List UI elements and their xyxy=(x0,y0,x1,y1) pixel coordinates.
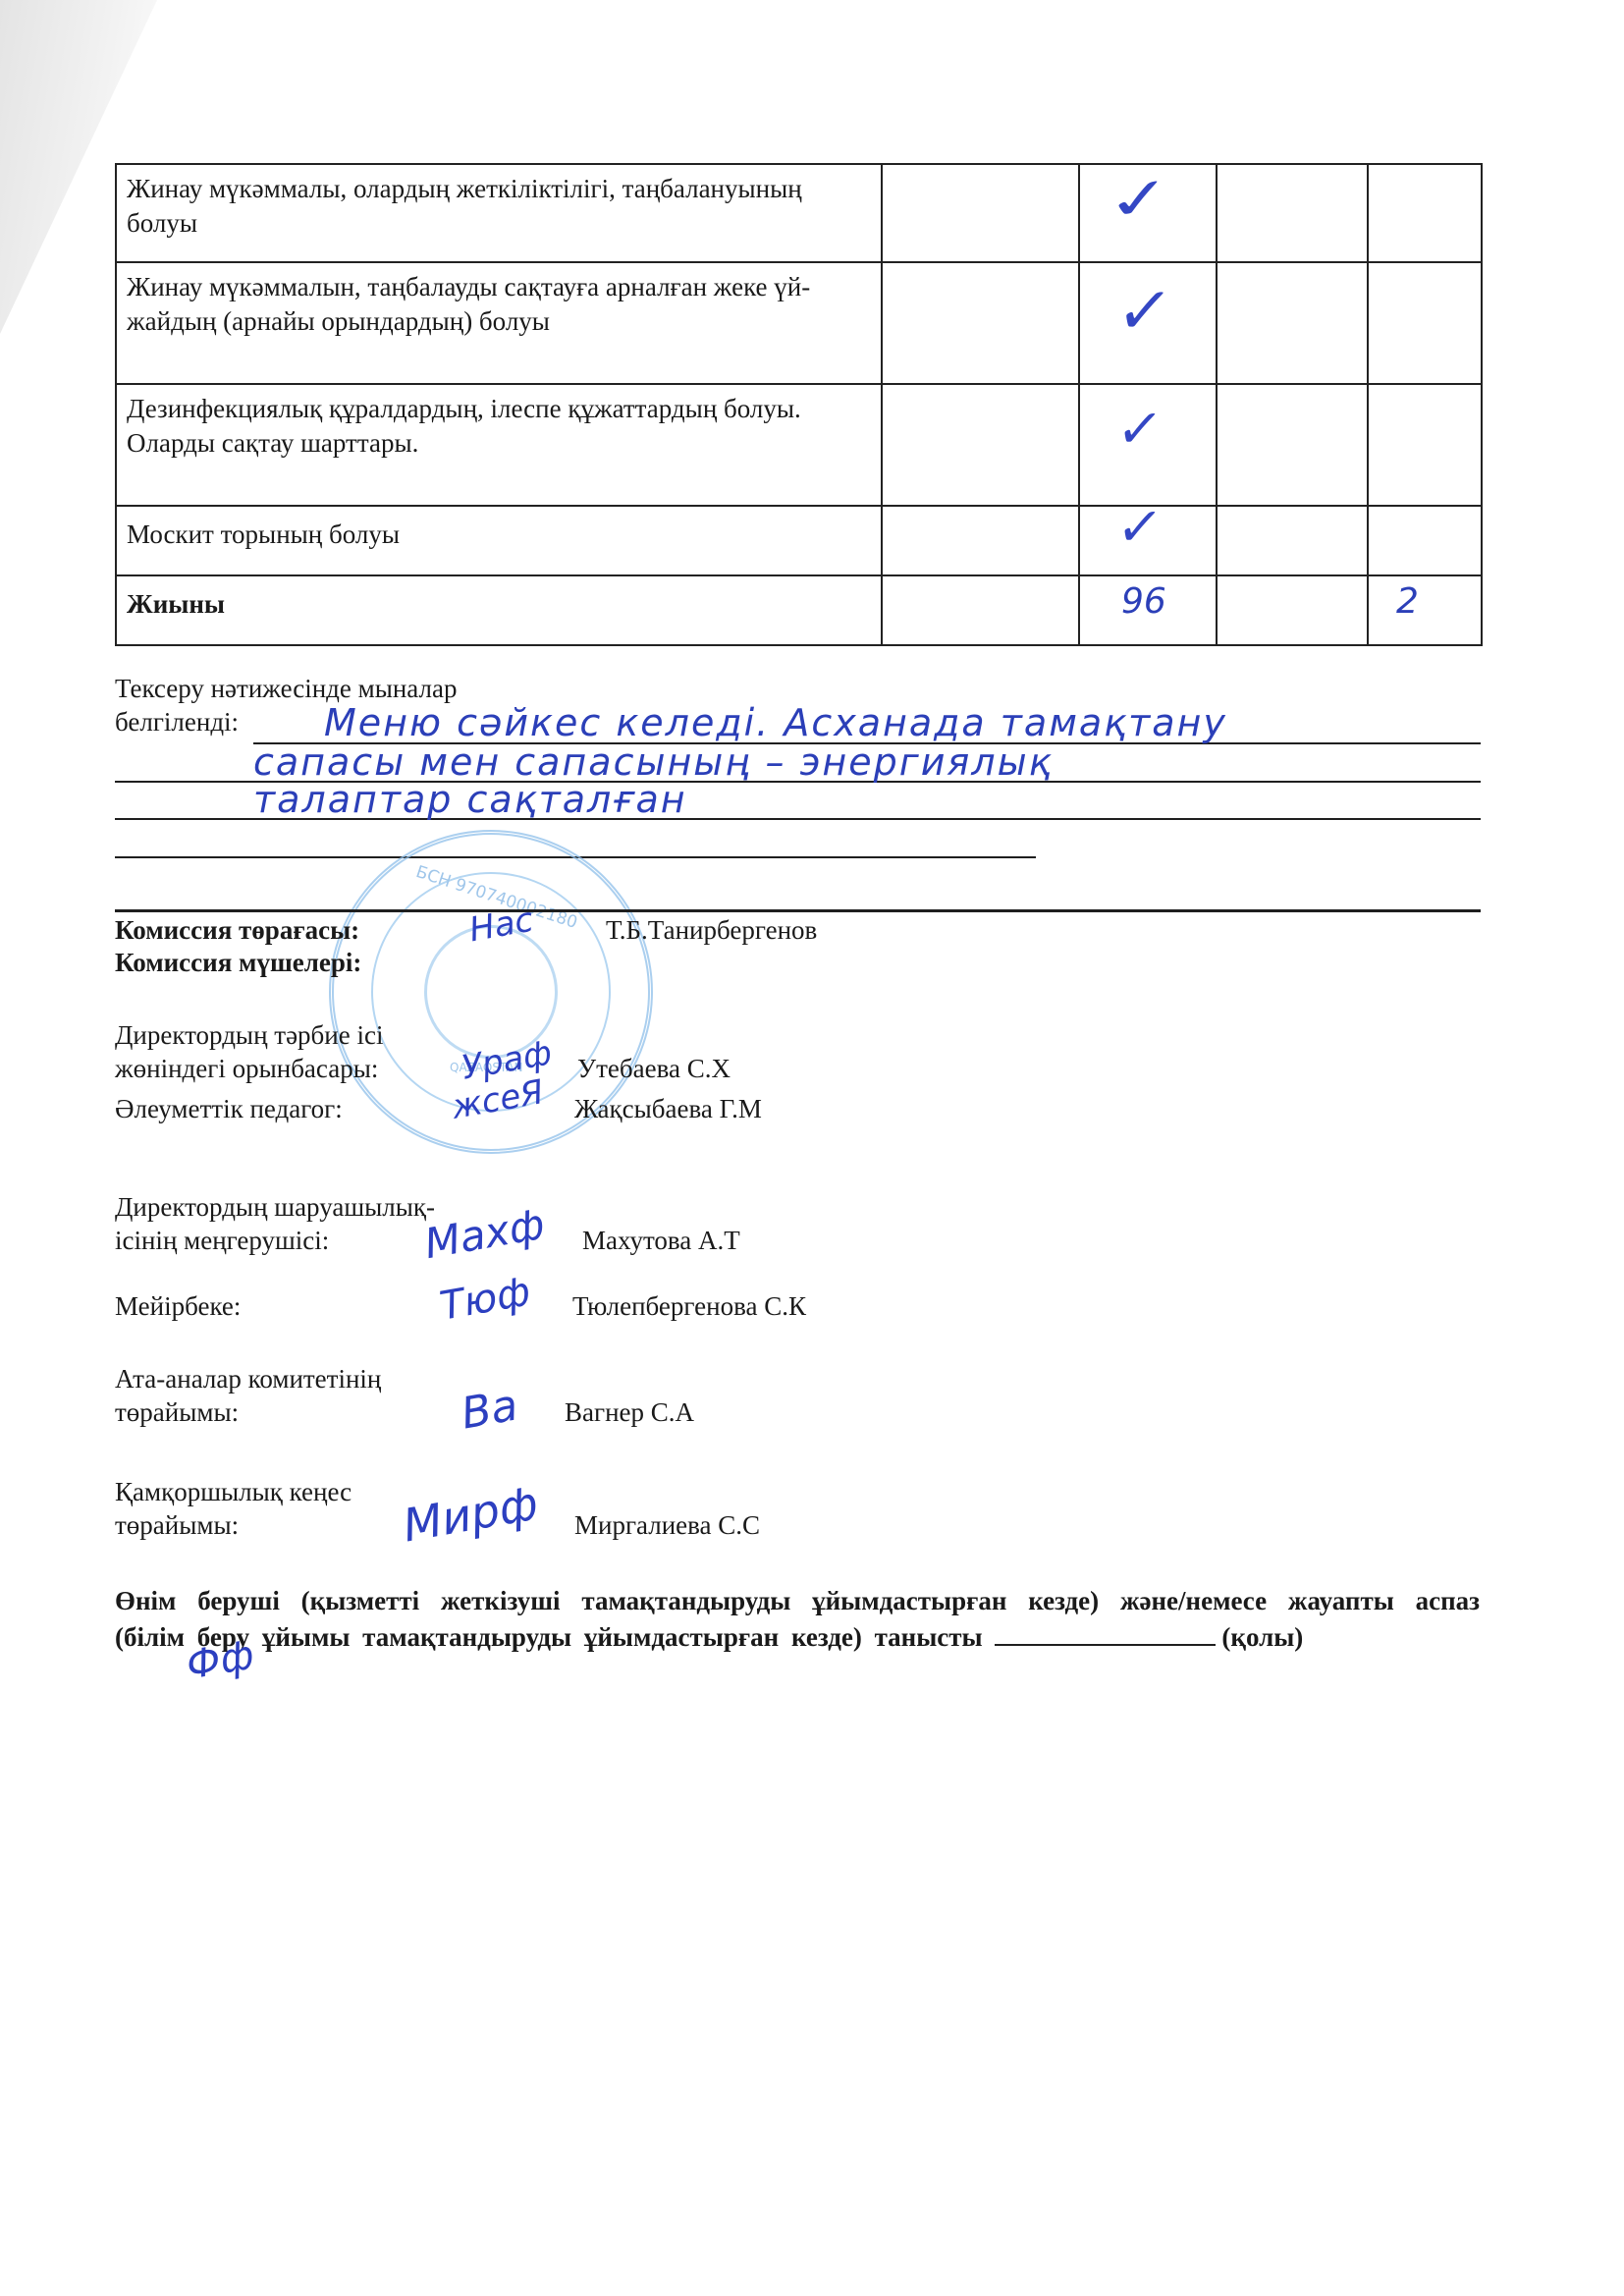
member-name: Вагнер С.А xyxy=(565,1395,694,1429)
empty-cell xyxy=(882,164,1079,262)
empty-cell xyxy=(1217,575,1368,645)
member-role: Мейірбеке: xyxy=(115,1289,241,1323)
member-role: Директордың тәрбие ісі жөніндегі орынбас… xyxy=(115,1018,383,1085)
empty-cell xyxy=(882,384,1079,506)
finding-handwritten-line: сапасы мен сапасының – энергиялық xyxy=(253,742,1054,782)
mark-cell: ✓ xyxy=(1079,506,1217,575)
checklist-table: Жинау мүкәммалы, олардың жеткіліктілігі,… xyxy=(115,163,1483,646)
criterion-cell: Москит торының болуы xyxy=(116,506,882,575)
member-name: Махутова А.Т xyxy=(582,1224,740,1257)
member-role: Әлеуметтік педагог: xyxy=(115,1092,343,1125)
table-row: Жинау мүкәммалы, олардың жеткіліктілігі,… xyxy=(116,164,1482,262)
empty-cell xyxy=(1368,384,1482,506)
empty-cell xyxy=(1217,506,1368,575)
member-role: Директордың шаруашылық- ісінің меңгеруші… xyxy=(115,1190,435,1257)
member-role-line1: Директордың тәрбие ісі xyxy=(115,1018,383,1052)
member-role-line1: Директордың шаруашылық- xyxy=(115,1190,435,1224)
member-role-line1: Ата-аналар комитетінің xyxy=(115,1362,381,1395)
criterion-cell: Жинау мүкәммалы, олардың жеткіліктілігі,… xyxy=(116,164,882,262)
table-row: Дезинфекциялық құралдардың, ілеспе құжат… xyxy=(116,384,1482,506)
checkmark-icon: ✓ xyxy=(1113,285,1175,338)
member-role-line2: ісінің меңгерушісі: xyxy=(115,1224,435,1257)
empty-cell xyxy=(1368,262,1482,384)
section-separator xyxy=(115,909,1481,912)
chair-name: Т.Б.Танирбергенов xyxy=(606,913,817,947)
acknowledgement-text: Өнім беруші (қызметті жеткізуші тамақтан… xyxy=(115,1584,1480,1655)
member-name: Миргалиева С.С xyxy=(574,1508,760,1542)
total-row: Жиыны 96 2 xyxy=(116,575,1482,645)
empty-cell xyxy=(882,506,1079,575)
member-name: Утебаева С.Х xyxy=(577,1052,731,1085)
member-signature: Мирф xyxy=(399,1476,541,1552)
member-signature: Ва xyxy=(458,1380,521,1439)
mark-cell: ✓ xyxy=(1079,262,1217,384)
empty-cell xyxy=(1217,262,1368,384)
member-signature: Махф xyxy=(421,1200,548,1269)
empty-cell xyxy=(882,262,1079,384)
member-role: Қамқоршылық кеңес төрайымы: xyxy=(115,1475,352,1542)
criterion-cell: Жинау мүкәммалын, таңбалауды сақтауға ар… xyxy=(116,262,882,384)
checkmark-icon: ✓ xyxy=(1113,501,1165,554)
criterion-cell: Дезинфекциялық құралдардың, ілеспе құжат… xyxy=(116,384,882,506)
total-score-cell: 96 xyxy=(1079,575,1217,645)
table-row: Жинау мүкәммалын, таңбалауды сақтауға ар… xyxy=(116,262,1482,384)
member-role-line2: жөніндегі орынбасары: xyxy=(115,1052,383,1085)
signature-line xyxy=(995,1618,1216,1646)
table-row: Москит торының болуы ✓ xyxy=(116,506,1482,575)
finding-handwritten-line: Меню сәйкес келеді. Асханада тамақтану xyxy=(324,703,1227,742)
total-score: 96 xyxy=(1121,582,1166,622)
checkmark-icon: ✓ xyxy=(1113,403,1165,456)
empty-cell xyxy=(1217,164,1368,262)
signature-suffix: (қолы) xyxy=(1221,1622,1303,1652)
member-role-line1: Қамқоршылық кеңес xyxy=(115,1475,352,1508)
member-signature: Тюф xyxy=(437,1269,534,1329)
chair-label: Комиссия төрағасы: xyxy=(115,913,359,947)
total-label: Жиыны xyxy=(116,575,882,645)
member-role: Ата-аналар комитетінің төрайымы: xyxy=(115,1362,381,1429)
checkmark-icon: ✓ xyxy=(1103,169,1176,231)
empty-cell xyxy=(1217,384,1368,506)
total-col4-value: 2 xyxy=(1396,582,1419,622)
finding-handwritten-line: талаптар сақталған xyxy=(253,780,687,819)
member-name: Тюлепбергенова С.К xyxy=(572,1289,806,1323)
mark-cell: ✓ xyxy=(1079,164,1217,262)
empty-cell xyxy=(1368,506,1482,575)
empty-cell xyxy=(1368,164,1482,262)
member-role-line2: төрайымы: xyxy=(115,1395,381,1429)
empty-cell xyxy=(882,575,1079,645)
total-col4-cell: 2 xyxy=(1368,575,1482,645)
mark-cell: ✓ xyxy=(1079,384,1217,506)
member-name: Жақсыбаева Г.М xyxy=(574,1092,762,1125)
members-label: Комиссия мүшелері: xyxy=(115,946,361,979)
findings-label-line1: Тексеру нәтижесінде мыналар xyxy=(115,672,457,705)
member-role-line2: төрайымы: xyxy=(115,1508,352,1542)
